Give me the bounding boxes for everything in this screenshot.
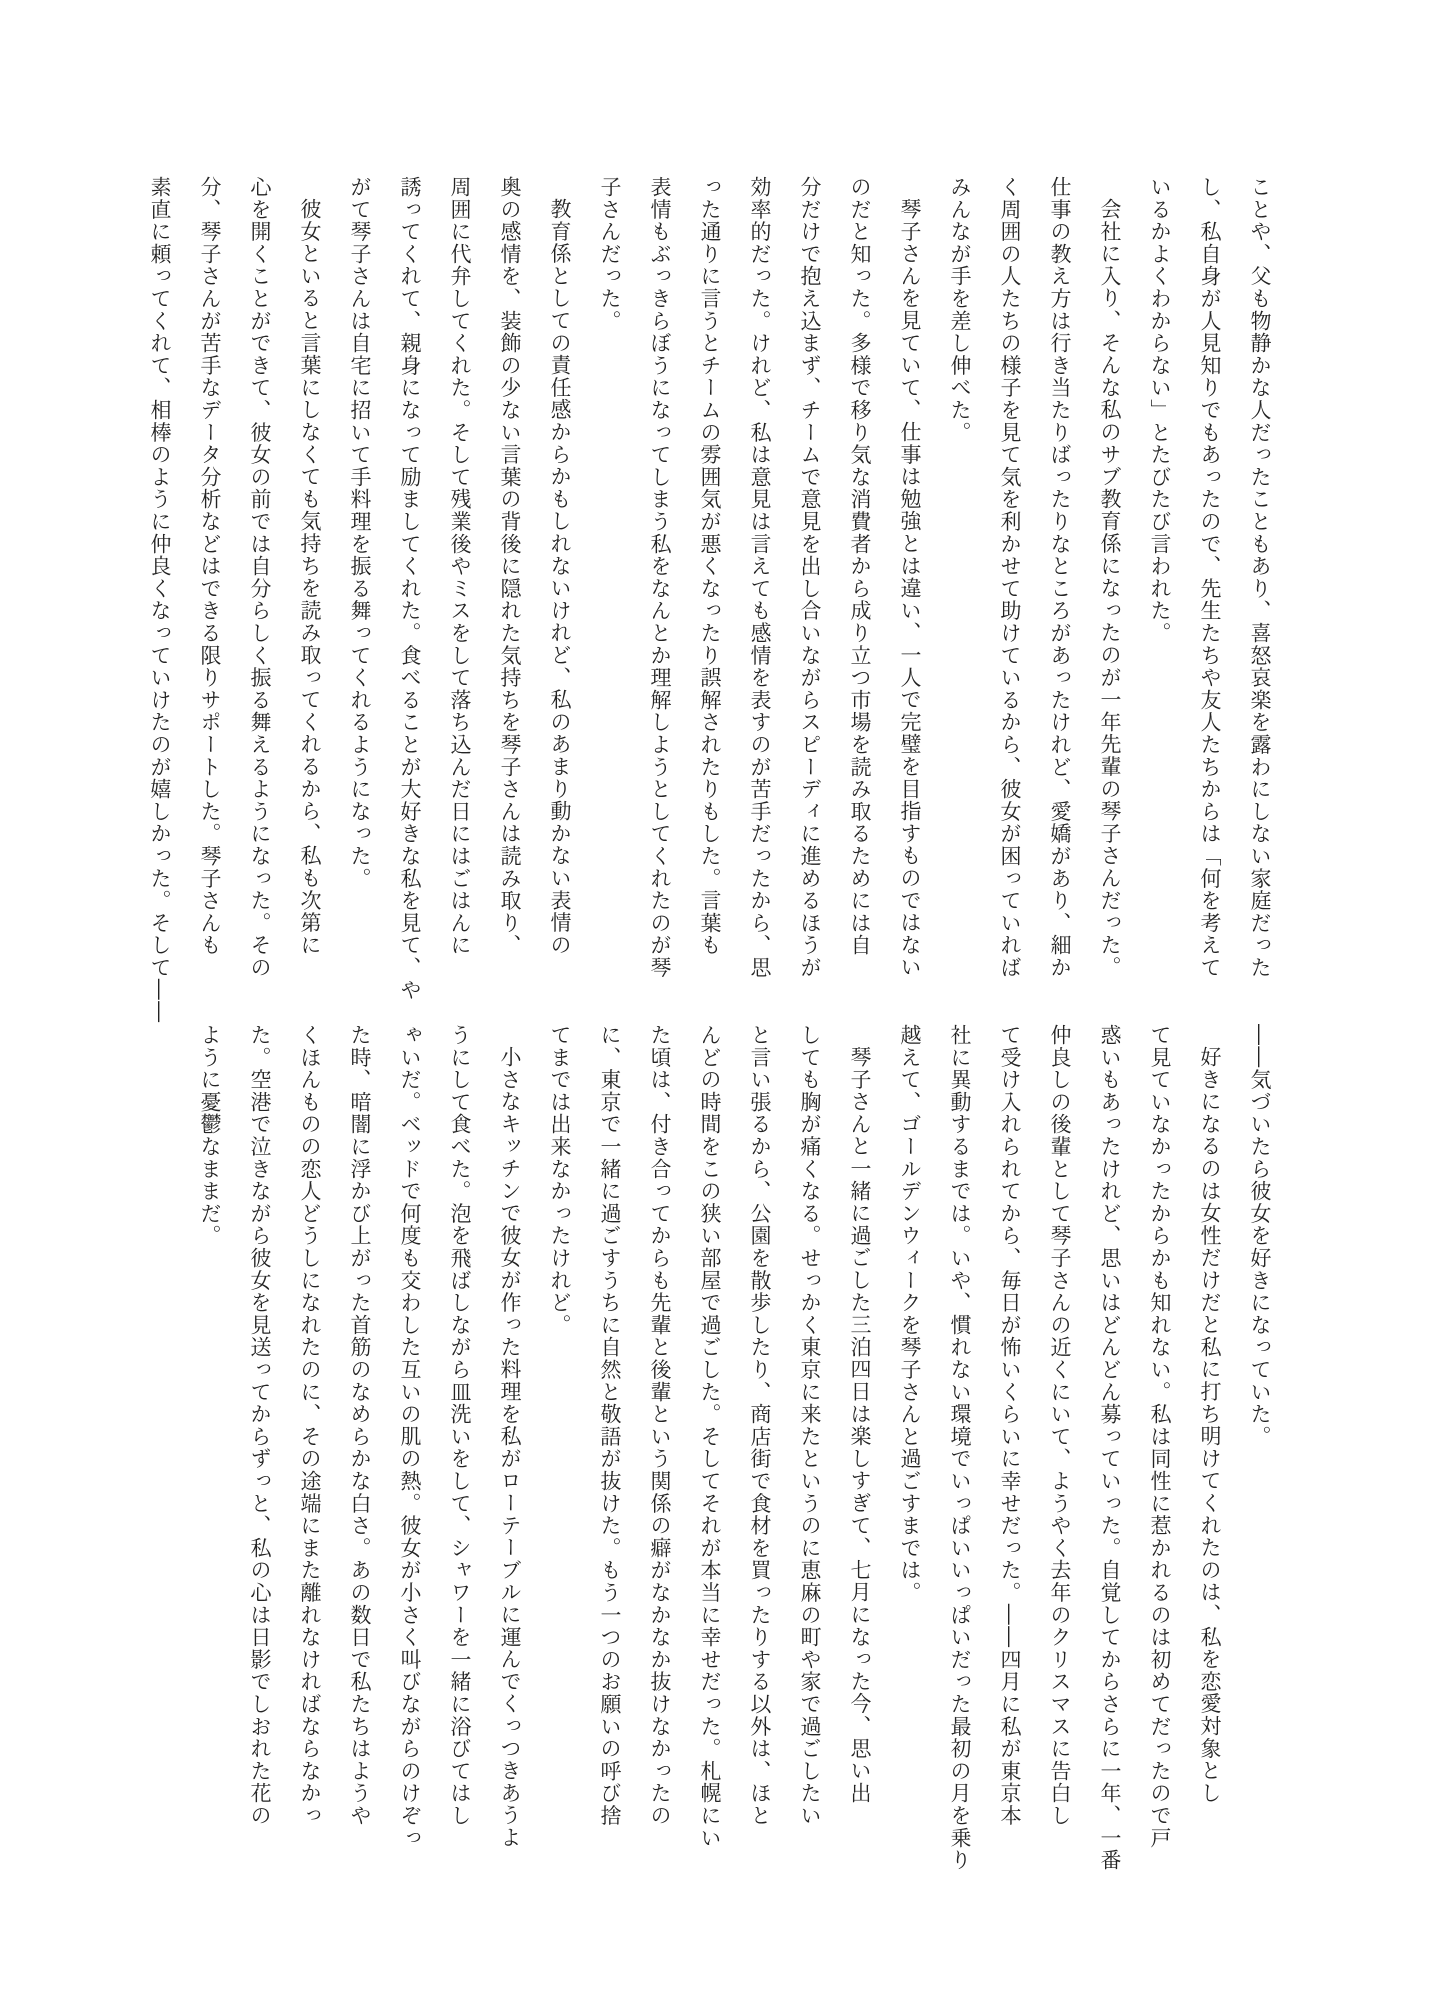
text-line: 惑いもあったけれど、思いはどんどん募っていった。自覚してからさらに一年、一番 [1085,1024,1135,1836]
text-block-top: ことや、父も物静かな人だったこともあり、喜怒哀楽を露わにしない家庭だったし、私自… [135,176,1285,988]
text-line: ――気づいたら彼女を好きになっていた。 [1235,1024,1285,1836]
text-line: て受け入れられてから、毎日が怖いくらいに幸せだった。――四月に私が東京本 [985,1024,1035,1836]
text-line: しても胸が痛くなる。せっかく東京に来たというのに恵麻の町や家で過ごしたい [785,1024,835,1836]
text-line: みんなが手を差し伸べた。 [935,176,985,988]
text-line: 教育係としての責任感からかもしれないけれど、私のあまり動かない表情の [535,198,585,1010]
text-block-bottom: ――気づいたら彼女を好きになっていた。好きになるのは女性だけだと私に打ち明けてく… [185,1024,1285,1836]
text-line: 効率的だった。けれど、私は意見は言えても感情を表すのが苦手だったから、思 [735,176,785,988]
text-line: た頃は、付き合ってからも先輩と後輩という関係の癖がなかなか抜けなかったの [635,1024,685,1836]
text-line: くほんものの恋人どうしになれたのに、その途端にまた離れなければならなかっ [285,1024,335,1836]
text-line: 会社に入り、そんな私のサブ教育係になったのが一年先輩の琴子さんだった。 [1085,198,1135,1010]
text-line: に、東京で一緒に過ごすうちに自然と敬語が抜けた。もう一つのお願いの呼び捨 [585,1024,635,1836]
text-line: ように憂鬱なままだ。 [185,1024,235,1836]
text-line: た。空港で泣きながら彼女を見送ってからずっと、私の心は日影でしおれた花の [235,1024,285,1836]
text-line: た時、暗闇に浮かび上がった首筋のなめらかな白さ。あの数日で私たちはようや [335,1024,385,1836]
text-line: 奥の感情を、装飾の少ない言葉の背後に隠れた気持ちを琴子さんは読み取り、 [485,176,535,988]
text-line: ゃいだ。ベッドで何度も交わした互いの肌の熱。彼女が小さく叫びながらのけぞっ [385,1024,435,1836]
text-line: 彼女といると言葉にしなくても気持ちを読み取ってくれるから、私も次第に [285,198,335,1010]
text-line: のだと知った。多様で移り気な消費者から成り立つ市場を読み取るためには自 [835,176,885,988]
text-line: いるかよくわからない」とたびたび言われた。 [1135,176,1185,988]
text-line: 子さんだった。 [585,176,635,988]
text-line: 越えて、ゴールデンウィークを琴子さんと過ごすまでは。 [885,1024,935,1836]
text-line: うにして食べた。泡を飛ばしながら皿洗いをして、シャワーを一緒に浴びてはし [435,1024,485,1836]
text-line: 分だけで抱え込まず、チームで意見を出し合いながらスピーディに進めるほうが [785,176,835,988]
text-line: 仲良しの後輩として琴子さんの近くにいて、ようやく去年のクリスマスに告白し [1035,1024,1085,1836]
text-line: 心を開くことができて、彼女の前では自分らしく振る舞えるようになった。その [235,176,285,988]
text-line: ことや、父も物静かな人だったこともあり、喜怒哀楽を露わにしない家庭だった [1235,176,1285,988]
text-line: 誘ってくれて、親身になって励ましてくれた。食べることが大好きな私を見て、や [385,176,435,988]
text-line: った通りに言うとチームの雰囲気が悪くなったり誤解されたりもした。言葉も [685,176,735,988]
text-line: 周囲に代弁してくれた。そして残業後やミスをして落ち込んだ日にはごはんに [435,176,485,988]
novel-page: ことや、父も物静かな人だったこともあり、喜怒哀楽を露わにしない家庭だったし、私自… [0,0,1430,2000]
text-line: く周囲の人たちの様子を見て気を利かせて助けているから、彼女が困っていれば [985,176,1035,988]
text-line: し、私自身が人見知りでもあったので、先生たちや友人たちからは「何を考えて [1185,176,1235,988]
text-line: 小さなキッチンで彼女が作った料理を私がローテーブルに運んでくっつきあうよ [485,1046,535,1858]
text-line: んどの時間をこの狭い部屋で過ごした。そしてそれが本当に幸せだった。札幌にい [685,1024,735,1836]
text-line: がて琴子さんは自宅に招いて手料理を振る舞ってくれるようになった。 [335,176,385,988]
text-line: 琴子さんと一緒に過ごした三泊四日は楽しすぎて、七月になった今、思い出 [835,1046,885,1858]
text-line: 素直に頼ってくれて、相棒のように仲良くなっていけたのが嬉しかった。そして―― [135,176,185,988]
text-line: 好きになるのは女性だけだと私に打ち明けてくれたのは、私を恋愛対象とし [1185,1046,1235,1858]
text-line: 社に異動するまでは。いや、慣れない環境でいっぱいいっぱいだった最初の月を乗り [935,1024,985,1836]
text-line: てまでは出来なかったけれど。 [535,1024,585,1836]
text-line: 琴子さんを見ていて、仕事は勉強とは違い、一人で完璧を目指すものではない [885,198,935,1010]
text-line: と言い張るから、公園を散歩したり、商店街で食材を買ったりする以外は、ほと [735,1024,785,1836]
text-line: 表情もぶっきらぼうになってしまう私をなんとか理解しようとしてくれたのが琴 [635,176,685,988]
text-line: 仕事の教え方は行き当たりばったりなところがあったけれど、愛嬌があり、細か [1035,176,1085,988]
text-line: て見ていなかったからかも知れない。私は同性に惹かれるのは初めてだったので戸 [1135,1024,1185,1836]
text-line: 分、琴子さんが苦手なデータ分析などはできる限りサポートした。琴子さんも [185,176,235,988]
